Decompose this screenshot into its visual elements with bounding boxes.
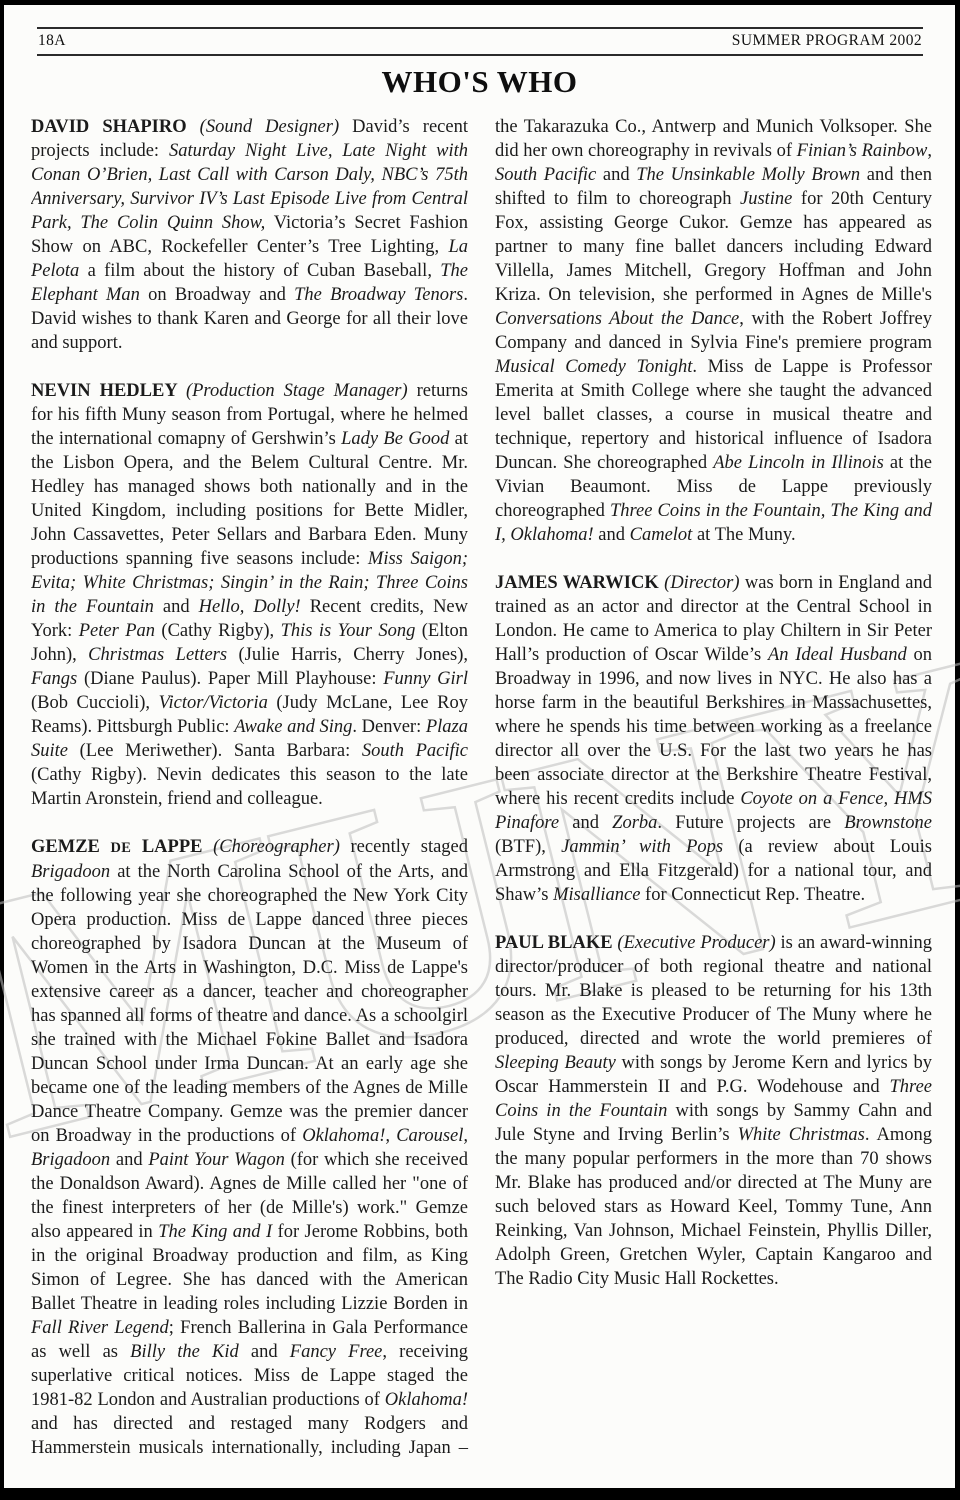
page-header: 18A SUMMER PROGRAM 2002: [37, 27, 923, 56]
bio-paul-blake: PAUL BLAKE (Executive Producer) is an aw…: [495, 931, 932, 1291]
page-title: WHO'S WHO: [4, 64, 955, 100]
bio-david-shapiro: DAVID SHAPIRO (Sound Designer) David’s r…: [31, 115, 468, 355]
bio-nevin-hedley: NEVIN HEDLEY (Production Stage Manager) …: [31, 379, 468, 811]
bio-columns: DAVID SHAPIRO (Sound Designer) David’s r…: [31, 115, 932, 1469]
page: MUNY 18A SUMMER PROGRAM 2002 WHO'S WHO D…: [4, 5, 955, 1488]
bio-james-warwick: JAMES WARWICK (Director) was born in Eng…: [495, 571, 932, 907]
program-title: SUMMER PROGRAM 2002: [732, 32, 922, 50]
scanned-page: MUNY 18A SUMMER PROGRAM 2002 WHO'S WHO D…: [0, 0, 960, 1500]
page-number: 18A: [38, 32, 66, 50]
